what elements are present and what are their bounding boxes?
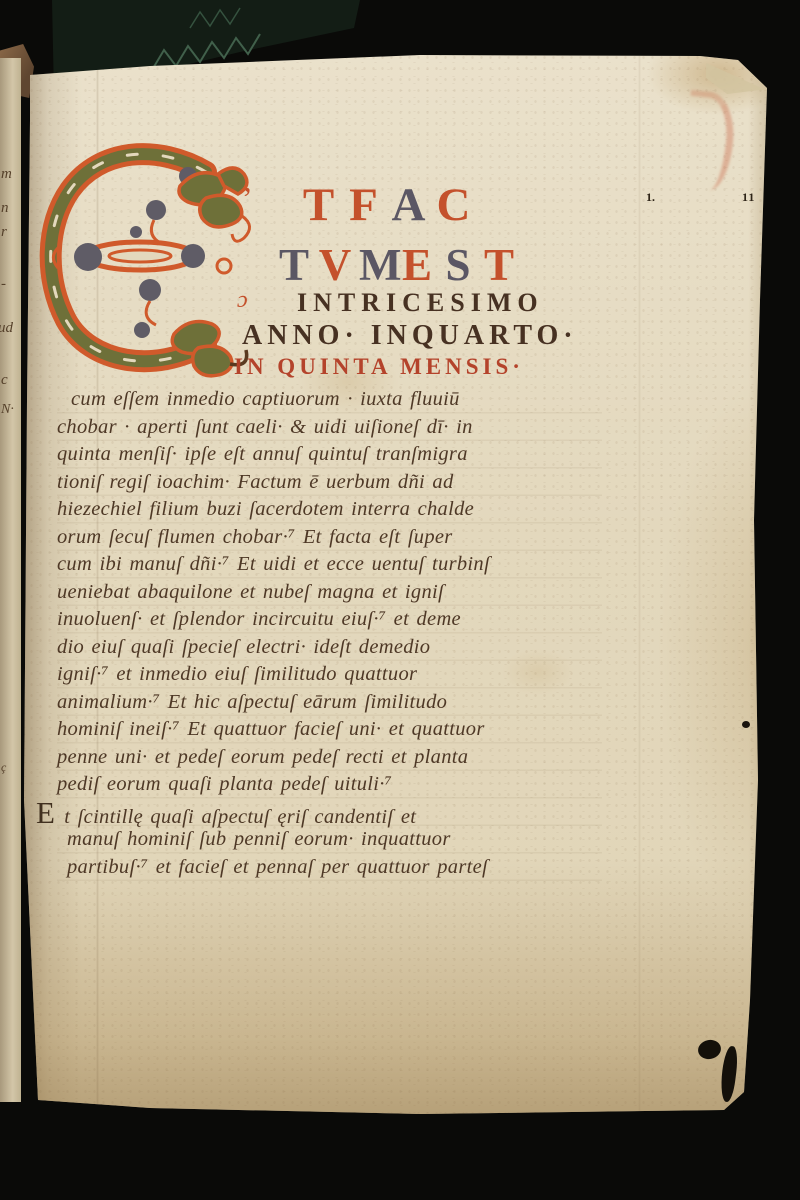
text-line: cum ibi manuſ dñi·⁷ Et uidi et ecce uent… xyxy=(57,551,602,579)
display-letter: C xyxy=(435,178,472,232)
text-line: manuſ hominiſ ſub penniſ eorum· inquattu… xyxy=(67,826,602,854)
folio-mark-right: 11 xyxy=(742,190,755,205)
text-line: chobar · aperti ſunt caeli· & uidi uiſio… xyxy=(57,414,602,442)
parchment-crease xyxy=(638,52,641,1114)
text-line: ueniebat abaquilone et nubeſ magna et ig… xyxy=(57,579,602,607)
margin-fragment: n xyxy=(1,200,9,217)
text-line: animalium·⁷ Et hic aſpectuſ eārum ſimili… xyxy=(57,689,602,717)
text-line: dio eiuſ quaſi ſpecieſ electri· ideſt de… xyxy=(57,634,602,662)
text-line: pediſ eorum quaſi planta pedeſ uituli·⁷ xyxy=(57,771,602,799)
red-flourish-comma: ’ xyxy=(242,182,253,214)
margin-fragment: ud xyxy=(0,320,13,337)
folio-mark-left: 1. xyxy=(646,190,655,205)
ink-blot xyxy=(696,1038,722,1061)
marginal-initial-e: E xyxy=(36,795,55,830)
margin-fragment: N· xyxy=(1,402,14,418)
display-letter: A xyxy=(390,178,427,232)
titulus-line-2: TVMEST xyxy=(277,239,523,291)
ink-blot xyxy=(745,1070,750,1087)
margin-fragment: c xyxy=(1,372,8,389)
red-flourish-hook: ɔ xyxy=(237,288,248,312)
text-line: partibuſ·⁷ et facieſ et pennaſ per quatt… xyxy=(67,854,602,882)
margin-fragment: r xyxy=(1,224,7,241)
text-line: hominiſ ineiſ·⁷ Et quattuor facieſ uni· … xyxy=(57,716,602,744)
text-line: igniſ·⁷ et inmedio eiuſ ſimilitudo quatt… xyxy=(57,661,602,689)
previous-folio-edge: m n r - ud c N· ç xyxy=(0,58,21,1102)
titulus-line-5-rubric: IN QUINTA MENSIS· xyxy=(234,354,524,380)
display-letter: M xyxy=(359,239,393,291)
display-letter: T xyxy=(277,239,311,291)
titulus-line-1: TFAC xyxy=(300,178,480,232)
ink-dot xyxy=(742,721,750,728)
display-letter: T xyxy=(482,239,516,291)
text-line: inuoluenſ· et ſplendor incircuitu eiuſ·⁷… xyxy=(57,606,602,634)
text-line: penne uni· et pedeſ eorum pedeſ recti et… xyxy=(57,744,602,772)
text-line: orum ſecuſ flumen chobar·⁷ Et facta eſt … xyxy=(57,524,602,552)
text-line-with-initial: Et ſcintillę quaſi aſpectuſ ęriſ candent… xyxy=(36,799,602,827)
text-line: quinta menſiſ· ipſe eſt annuſ quintuſ tr… xyxy=(57,441,602,469)
titulus-line-3: INTRICESIMO xyxy=(297,288,544,318)
text-line: hiezechiel filium buzi ſacerdotem interr… xyxy=(57,496,602,524)
margin-fragment: ç xyxy=(1,760,6,775)
text-line: t ſcintillę quaſi aſpectuſ ęriſ candenti… xyxy=(64,806,416,828)
display-letter: F xyxy=(345,178,382,232)
parchment-page: ’ ɔ TFAC TVMEST INTRICESIMO ANNO· INQUAR… xyxy=(18,52,774,1114)
display-letter: T xyxy=(300,178,337,232)
body-text-block: cum eſſem inmedio captiuorum · iuxta flu… xyxy=(57,386,602,881)
page-corner-fold xyxy=(706,56,768,94)
margin-fragment: m xyxy=(1,166,12,183)
illuminated-initial-e xyxy=(38,138,253,378)
margin-fragment: - xyxy=(1,276,6,293)
display-letter: E xyxy=(400,239,434,291)
titulus-line-4: ANNO· INQUARTO· xyxy=(242,320,578,352)
ink-blot xyxy=(719,1045,740,1102)
text-line: cum eſſem inmedio captiuorum · iuxta flu… xyxy=(71,386,602,414)
display-letter: S xyxy=(441,239,475,291)
text-line: tioniſ regiſ ioachim· Factum ē uerbum dñ… xyxy=(57,469,602,497)
red-offset-stain xyxy=(681,90,738,192)
display-letter: V xyxy=(318,239,352,291)
